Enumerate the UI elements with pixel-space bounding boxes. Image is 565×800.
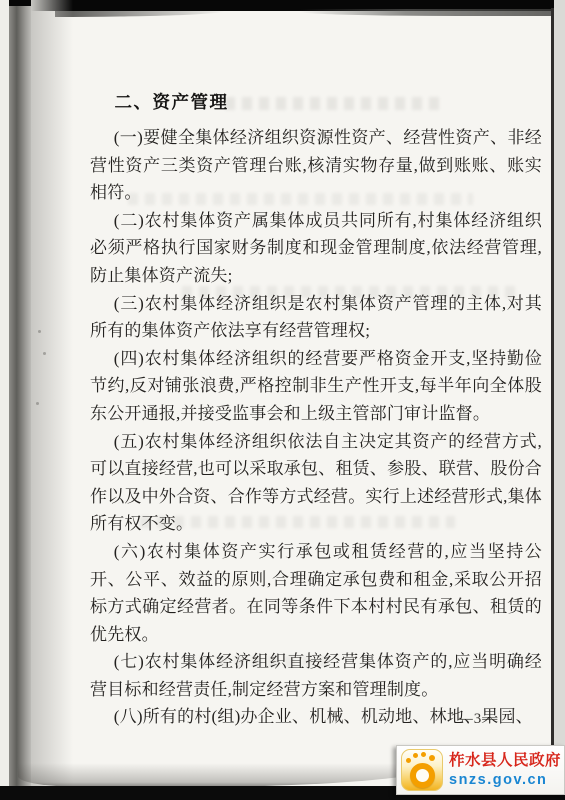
site-watermark: 柞水县人民政府 snzs.gov.cn	[396, 745, 565, 795]
paragraph-3: (三)农村集体经济组织是农村集体资产管理的主体,对其所有的集体资产依法享有经营管…	[90, 290, 542, 345]
paw-toe-dot	[421, 752, 426, 757]
document-body: 二、资产管理 (一)要健全集体经济组织资源性资产、经营性资产、非经营性资产三类资…	[90, 88, 542, 731]
page-top-edge-shadow	[55, 11, 225, 17]
paragraph-4: (四)农村集体经济组织的经营要严格资金开支,坚持勤俭节约,反对铺张浪费,严格控制…	[90, 345, 542, 428]
paw-pad-ring	[410, 763, 435, 788]
section-heading: 二、资产管理	[90, 88, 542, 116]
page-top-edge-shadow-right	[300, 9, 565, 16]
page-number: —3—	[443, 711, 513, 728]
paragraph-2: (二)农村集体资产属集体成员共同所有,村集体经济组织必须严格执行国家财务制度和现…	[90, 207, 542, 290]
paw-toe-dot	[429, 755, 435, 761]
government-site-url: snzs.gov.cn	[449, 771, 561, 789]
page-bottom-edge-shadow	[18, 763, 448, 787]
paw-toe-dot	[406, 758, 411, 763]
scan-speck	[38, 330, 41, 333]
scan-margin-left	[0, 0, 9, 800]
page-right-edge	[551, 8, 554, 800]
scan-speck	[36, 402, 39, 405]
scan-speck	[43, 352, 46, 355]
paragraph-1: (一)要健全集体经济组织资源性资产、经营性资产、非经营性资产三类资产管理台账,核…	[90, 124, 542, 207]
book-spine-shadow	[9, 6, 31, 800]
page-curve-gradient	[31, 0, 73, 800]
watermark-text: 柞水县人民政府 snzs.gov.cn	[449, 751, 561, 789]
foot-paw-icon	[401, 749, 443, 791]
scanned-document-page: 二、资产管理 (一)要健全集体经济组织资源性资产、经营性资产、非经营性资产三类资…	[0, 0, 565, 800]
paragraph-7: (七)农村集体经济组织直接经营集体资产的,应当明确经营目标和经营责任,制定经营方…	[90, 648, 542, 703]
paragraph-6: (六)农村集体资产实行承包或租赁经营的,应当坚持公开、公平、效益的原则,合理确定…	[90, 538, 542, 648]
paragraph-5: (五)农村集体经济组织依法自主决定其资产的经营方式,可以直接经营,也可以采取承包…	[90, 428, 542, 538]
scan-margin-right	[554, 0, 565, 800]
government-name: 柞水县人民政府	[449, 751, 561, 771]
paw-toe-dot	[413, 753, 418, 758]
